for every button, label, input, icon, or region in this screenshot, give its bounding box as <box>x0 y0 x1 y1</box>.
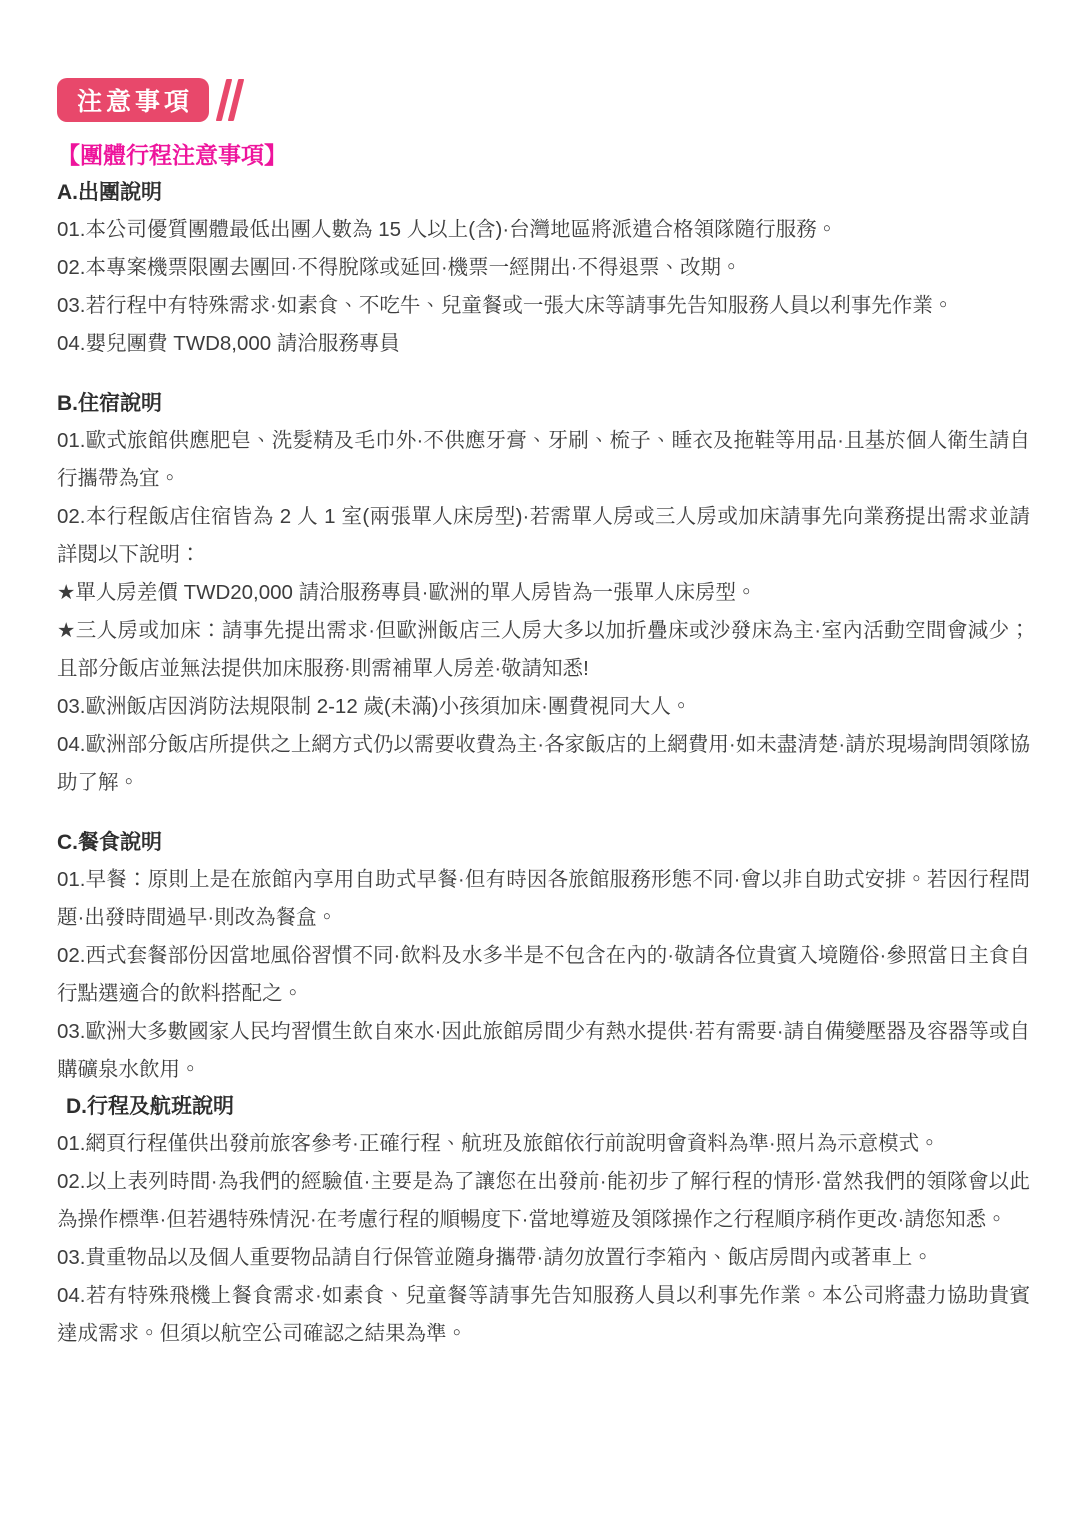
note-item: 03.貴重物品以及個人重要物品請自行保管並隨身攜帶·請勿放置行李箱內、飯店房間內… <box>57 1239 1030 1277</box>
sections: A.出團說明01.本公司優質團體最低出團人數為 15 人以上(含)·台灣地區將派… <box>57 175 1030 1353</box>
notice-badge-row: 注意事項 <box>57 78 1040 122</box>
section-heading: B.住宿說明 <box>57 386 1030 422</box>
note-item: 03.若行程中有特殊需求·如素食、不吃牛、兒童餐或一張大床等請事先告知服務人員以… <box>57 287 1030 325</box>
note-item: 01.本公司優質團體最低出團人數為 15 人以上(含)·台灣地區將派遣合格領隊隨… <box>57 211 1030 249</box>
notice-badge: 注意事項 <box>57 78 209 122</box>
note-item: ★單人房差價 TWD20,000 請洽服務專員·歐洲的單人房皆為一張單人床房型。 <box>57 574 1030 612</box>
section-heading: D.行程及航班說明 <box>57 1089 1030 1125</box>
note-item: 01.早餐：原則上是在旅館內享用自助式早餐·但有時因各旅館服務形態不同·會以非自… <box>57 861 1030 937</box>
note-item: 04.若有特殊飛機上餐食需求·如素食、兒童餐等請事先告知服務人員以利事先作業。本… <box>57 1277 1030 1353</box>
section-B: B.住宿說明01.歐式旅館供應肥皂、洗髮精及毛巾外·不供應牙膏、牙刷、梳子、睡衣… <box>57 386 1030 802</box>
note-item: 03.歐洲大多數國家人民均習慣生飲自來水·因此旅館房間少有熱水提供·若有需要·請… <box>57 1013 1030 1089</box>
section-heading: C.餐食說明 <box>57 825 1030 861</box>
note-item: 03.歐洲飯店因消防法規限制 2-12 歲(未滿)小孩須加床·團費視同大人。 <box>57 688 1030 726</box>
section-D: D.行程及航班說明01.網頁行程僅供出發前旅客參考·正確行程、航班及旅館依行前說… <box>57 1089 1030 1353</box>
section-heading: A.出團說明 <box>57 175 1030 211</box>
section-A: A.出團說明01.本公司優質團體最低出團人數為 15 人以上(含)·台灣地區將派… <box>57 175 1030 363</box>
group-itinerary-notice-title: 【團體行程注意事項】 <box>57 139 1040 171</box>
note-item: 02.本專案機票限團去團回·不得脫隊或延回·機票一經開出·不得退票、改期。 <box>57 249 1030 287</box>
note-item: 02.以上表列時間·為我們的經驗值·主要是為了讓您在出發前·能初步了解行程的情形… <box>57 1163 1030 1239</box>
note-item: ★三人房或加床：請事先提出需求·但歐洲飯店三人房大多以加折疊床或沙發床為主·室內… <box>57 612 1030 688</box>
note-item: 04.歐洲部分飯店所提供之上網方式仍以需要收費為主·各家飯店的上網費用·如未盡清… <box>57 726 1030 802</box>
double-slash-icon <box>221 78 239 122</box>
note-item: 01.歐式旅館供應肥皂、洗髮精及毛巾外·不供應牙膏、牙刷、梳子、睡衣及拖鞋等用品… <box>57 422 1030 498</box>
note-item: 04.嬰兒團費 TWD8,000 請洽服務專員 <box>57 325 1030 363</box>
note-item: 01.網頁行程僅供出發前旅客參考·正確行程、航班及旅館依行前說明會資料為準·照片… <box>57 1125 1030 1163</box>
note-item: 02.本行程飯店住宿皆為 2 人 1 室(兩張單人床房型)·若需單人房或三人房或… <box>57 498 1030 574</box>
note-item: 02.西式套餐部份因當地風俗習慣不同·飲料及水多半是不包含在內的·敬請各位貴賓入… <box>57 937 1030 1013</box>
notice-page: 注意事項 【團體行程注意事項】 A.出團說明01.本公司優質團體最低出團人數為 … <box>0 0 1040 1413</box>
section-C: C.餐食說明01.早餐：原則上是在旅館內享用自助式早餐·但有時因各旅館服務形態不… <box>57 825 1030 1089</box>
